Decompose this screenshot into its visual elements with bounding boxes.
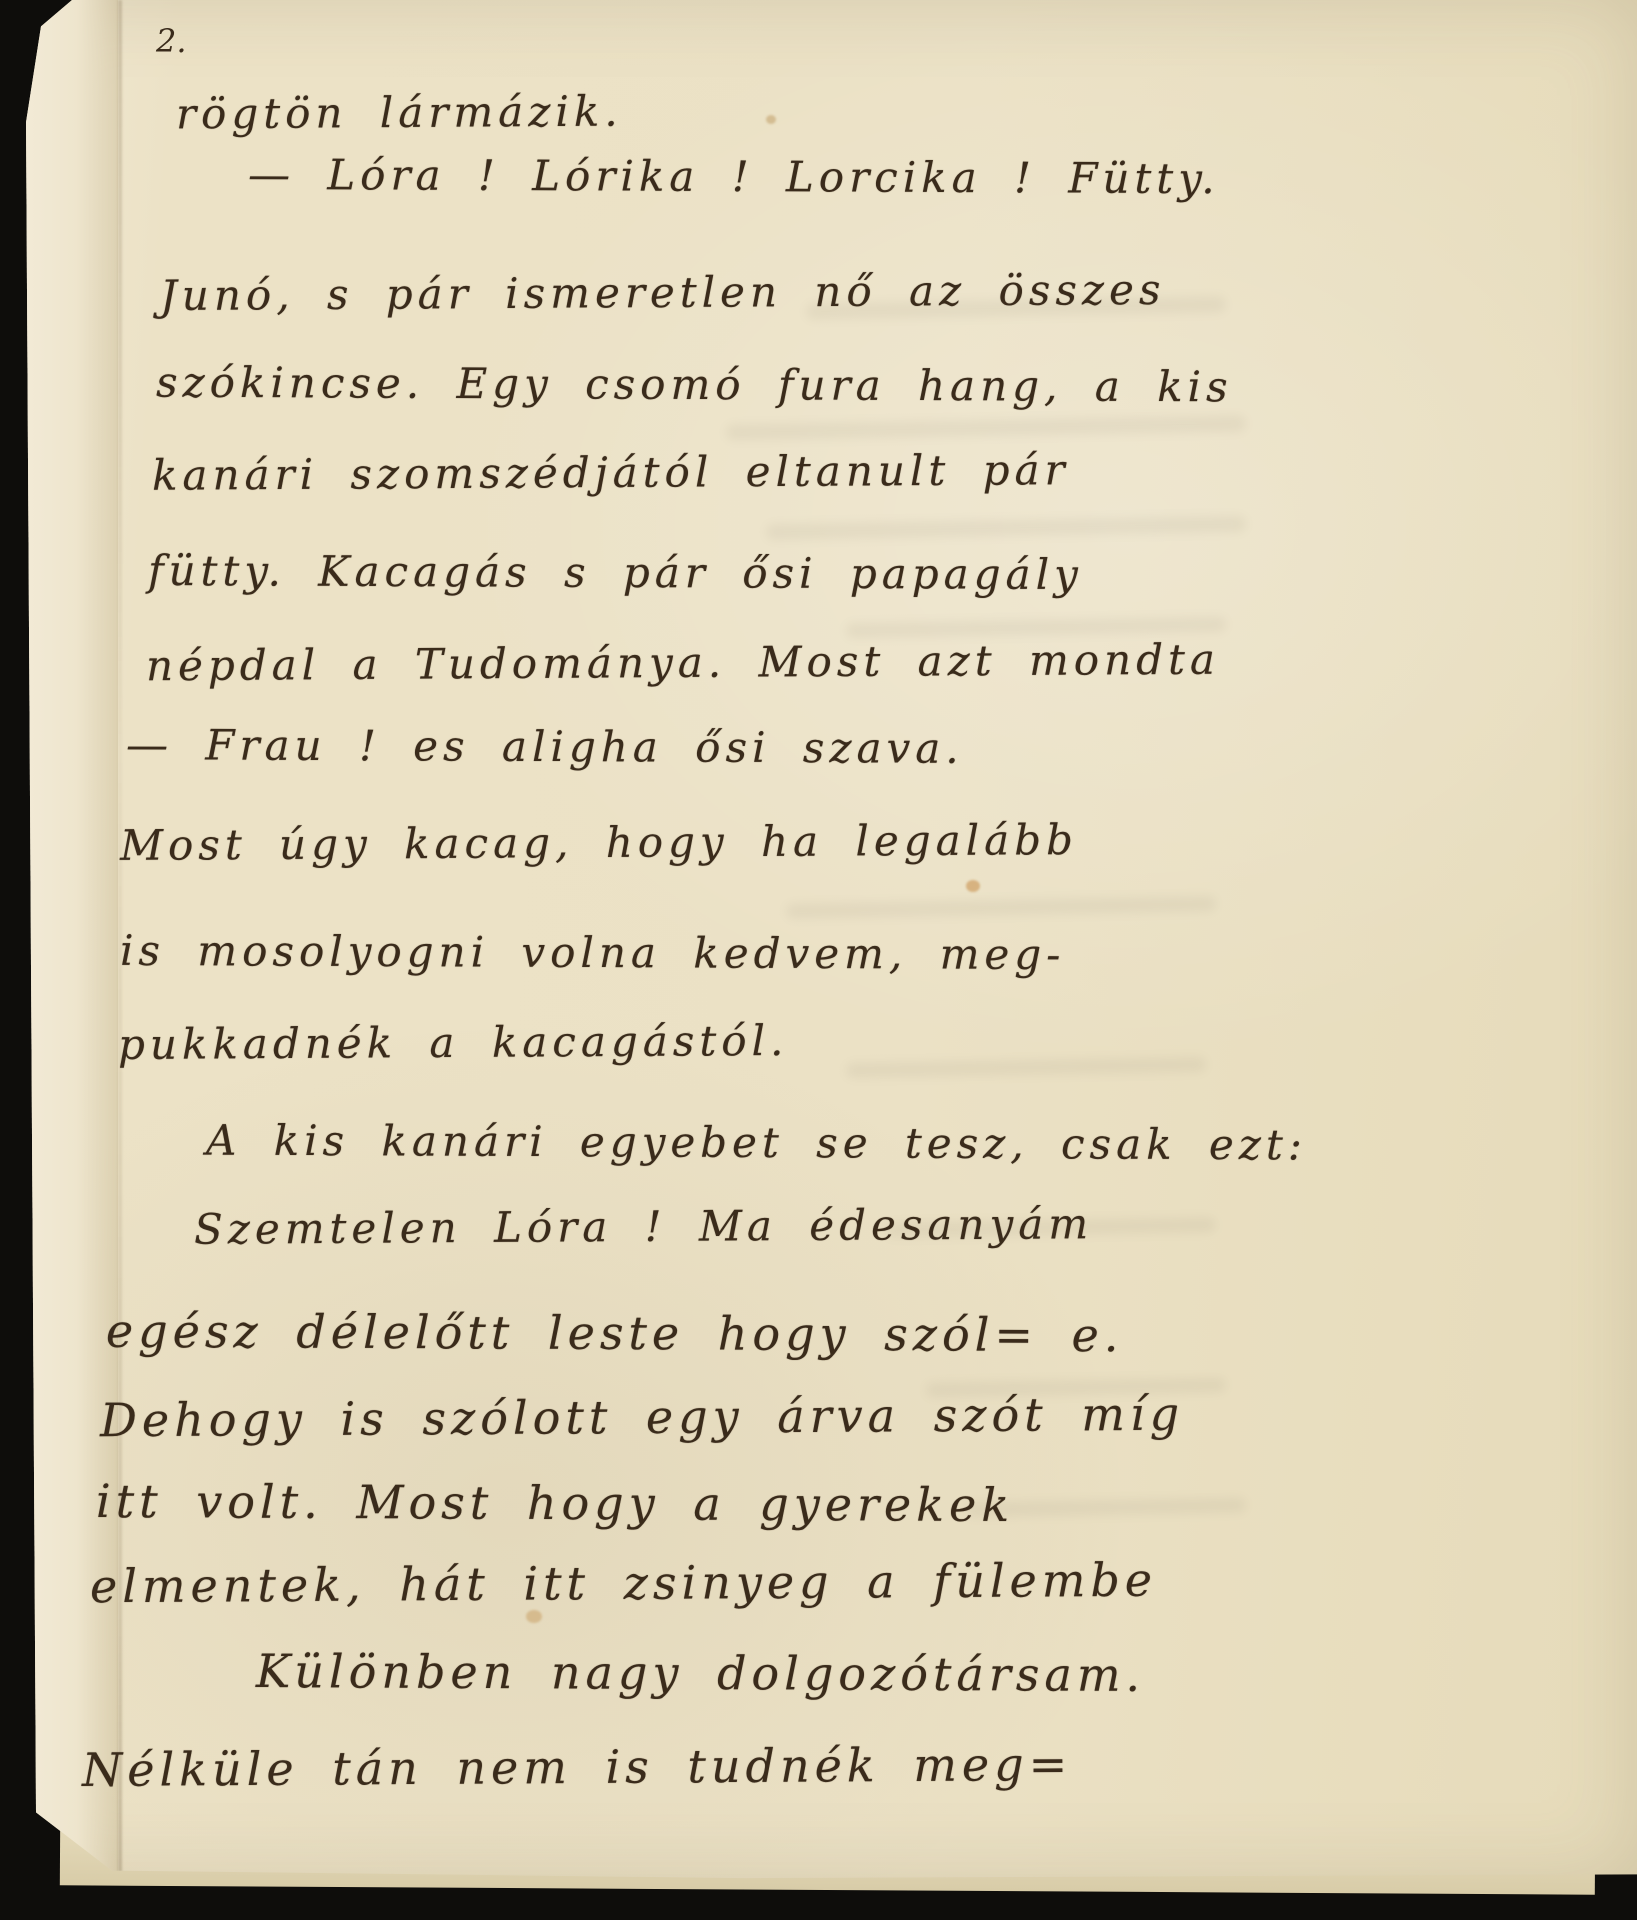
handwritten-line: népdal a Tudománya. Most azt mondta [146, 635, 1220, 691]
handwritten-line: Különben nagy dolgozótársam. [256, 1644, 1145, 1702]
handwritten-line: pukkadnék a kacagástól. [118, 1016, 789, 1069]
ink-bleedthrough [786, 896, 1216, 919]
paper-stain [966, 880, 980, 892]
paper-stain [526, 1610, 542, 1623]
handwritten-line: is mosolyogni volna kedvem, meg- [120, 926, 1066, 979]
ink-bleedthrough [726, 415, 1246, 440]
letter-page: 2. rögtön lármázik. — Lóra ! Lórika ! Lo… [26, 0, 1637, 1880]
handwritten-line: egész délelőtt leste hogy szól= e. [106, 1304, 1124, 1362]
handwritten-line: Most úgy kacag, hogy ha legalább [120, 815, 1078, 870]
handwritten-line: fütty. Kacagás s pár ősi papagály [148, 546, 1083, 599]
handwritten-line: szókincse. Egy csomó fura hang, a kis [156, 358, 1233, 412]
handwritten-line: rögtön lármázik. [176, 87, 623, 139]
handwritten-line: Dehogy is szólott egy árva szót míg [100, 1387, 1184, 1448]
photographed-letter-scene: 2. rögtön lármázik. — Lóra ! Lórika ! Lo… [0, 0, 1637, 1920]
handwritten-line: kanári szomszédjától eltanult pár [152, 445, 1070, 500]
handwritten-line: Junó, s pár ismeretlen nő az összes [160, 265, 1166, 320]
paper-stain [766, 115, 776, 124]
handwritten-line: — Lóra ! Lórika ! Lorcika ! Fütty. [248, 150, 1220, 203]
handwritten-line: Nélküle tán nem is tudnék meg= [82, 1737, 1072, 1797]
handwritten-line: — Frau ! es aligha ősi szava. [126, 720, 964, 773]
ink-bleedthrough [846, 1057, 1206, 1078]
handwritten-line: Szemtelen Lóra ! Ma édesanyám [194, 1199, 1093, 1253]
ink-bleedthrough [766, 516, 1246, 540]
page-number: 2. [156, 22, 187, 60]
handwritten-line: itt volt. Most hogy a gyerekek [96, 1474, 1014, 1532]
handwritten-line: elmentek, hát itt zsinyeg a fülembe [90, 1553, 1157, 1614]
handwritten-line: A kis kanári egyebet se tesz, csak ezt: [206, 1116, 1307, 1170]
